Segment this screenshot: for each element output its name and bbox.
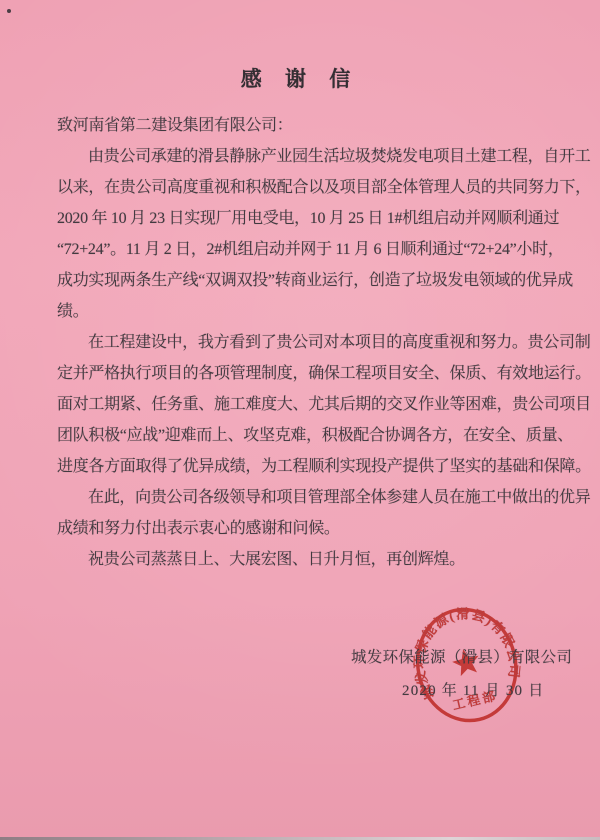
- letter-title: 感 谢 信: [0, 63, 600, 93]
- body-line: 成绩和努力付出表示衷心的感谢和问候。: [57, 513, 551, 544]
- body-line: “72+24”。11 月 2 日，2#机组启动并网于 11 月 6 日顺利通过“…: [57, 234, 551, 265]
- paper-speck: [7, 9, 11, 13]
- body-line: 在此，向贵公司各级领导和项目管理部全体参建人员在施工中做出的优异: [57, 482, 551, 513]
- letter-page: 感 谢 信 致河南省第二建设集团有限公司： 由贵公司承建的滑县静脉产业园生活垃圾…: [0, 0, 600, 840]
- body-line: 定并严格执行项目的各项管理制度，确保工程项目安全、保质、有效地运行。: [57, 358, 551, 389]
- salutation-line: 致河南省第二建设集团有限公司：: [57, 110, 551, 141]
- body-line: 成功实现两条生产线“双调双投”转商业运行，创造了垃圾发电领域的优异成: [57, 265, 551, 296]
- body-line: 团队积极“应战”迎难而上、攻坚克难，积极配合协调各方，在安全、质量、: [57, 420, 551, 451]
- body-line: 面对工期紧、任务重、施工难度大、尤其后期的交叉作业等困难，贵公司项目: [57, 389, 551, 420]
- body-line: 2020 年 10 月 23 日实现厂用电受电，10 月 25 日 1#机组启动…: [57, 203, 551, 234]
- letter-body: 致河南省第二建设集团有限公司： 由贵公司承建的滑县静脉产业园生活垃圾焚烧发电项目…: [57, 110, 551, 575]
- body-line: 由贵公司承建的滑县静脉产业园生活垃圾焚烧发电项目土建工程，自开工: [57, 141, 551, 172]
- body-line: 绩。: [57, 296, 551, 327]
- body-line: 以来，在贵公司高度重视和积极配合以及项目部全体管理人员的共同努力下，: [57, 172, 551, 203]
- signature-date: 2020 年 11 月 30 日: [402, 679, 544, 700]
- body-line: 祝贵公司蒸蒸日上、大展宏图、日升月恒，再创辉煌。: [57, 544, 551, 575]
- body-line: 进度各方面取得了优异成绩，为工程顺利实现投产提供了坚实的基础和保障。: [57, 451, 551, 482]
- signature-company: 城发环保能源（滑县）有限公司: [351, 645, 572, 667]
- body-line: 在工程建设中，我方看到了贵公司对本项目的高度重视和努力。贵公司制: [57, 327, 551, 358]
